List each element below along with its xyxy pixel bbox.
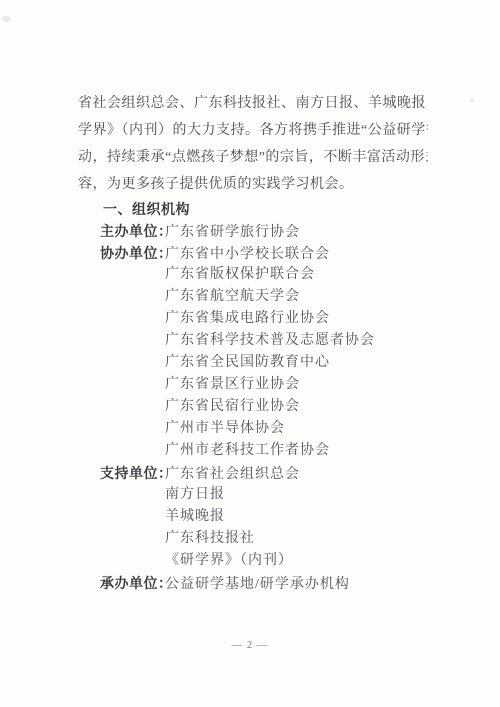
- org-row-value: 广东科技报社: [165, 531, 255, 546]
- org-row-value: 广东省科学技术普及志愿者协会: [165, 333, 375, 348]
- org-row-value: 《研学界》（内刊）: [165, 553, 293, 568]
- org-row: 广东省版权保护联合会: [78, 264, 428, 286]
- paragraph-line: 省社会组织总会、广东科技报社、南方日报、羊城晚报以及《研: [78, 90, 428, 117]
- org-row: 广东科技报社: [78, 528, 428, 550]
- org-row-value: 广州市半导体协会: [165, 421, 285, 436]
- page-footer: — 2 —: [0, 635, 500, 653]
- org-row-value: 南方日报: [165, 487, 225, 502]
- section-heading: 一、组织机构: [78, 198, 428, 220]
- org-row: 广东省航空航天学会: [78, 286, 428, 308]
- paragraph-line: 动，持续秉承“点燃孩子梦想”的宗旨，不断丰富活动形式与内: [78, 144, 428, 171]
- org-row-value: 广东省中小学校长联合会: [165, 247, 330, 262]
- org-row-label: 协办单位：: [100, 242, 165, 264]
- org-row: 南方日报: [78, 484, 428, 506]
- org-row-value: 羊城晚报: [165, 509, 225, 524]
- org-row: 承办单位：公益研学基地/研学承办机构: [78, 572, 428, 594]
- org-row: 广东省集成电路行业协会: [78, 308, 428, 330]
- org-row: 《研学界》（内刊）: [78, 550, 428, 572]
- org-row: 主办单位：广东省研学旅行协会: [78, 220, 428, 242]
- org-row-value: 公益研学基地/研学承办机构: [165, 577, 350, 592]
- organization-list: 主办单位：广东省研学旅行协会 协办单位：广东省中小学校长联合会 广东省版权保护联…: [78, 220, 428, 594]
- org-row-value: 广东省集成电路行业协会: [165, 311, 330, 326]
- org-row: 广东省科学技术普及志愿者协会: [78, 330, 428, 352]
- org-row-value: 广东省民宿行业协会: [165, 399, 300, 414]
- org-row-value: 广东省景区行业协会: [165, 377, 300, 392]
- org-row: 广州市半导体协会: [78, 418, 428, 440]
- org-row: 协办单位：广东省中小学校长联合会: [78, 242, 428, 264]
- org-row: 广东省景区行业协会: [78, 374, 428, 396]
- scan-artifact: [2, 16, 11, 22]
- org-row-label: 支持单位：: [100, 462, 165, 484]
- paragraph: 省社会组织总会、广东科技报社、南方日报、羊城晚报以及《研 学界》（内刊）的大力支…: [78, 90, 428, 198]
- org-row: 支持单位：广东省社会组织总会: [78, 462, 428, 484]
- org-row-value: 广东省航空航天学会: [165, 289, 300, 304]
- org-row: 羊城晚报: [78, 506, 428, 528]
- org-row-value: 广东省全民国防教育中心: [165, 355, 330, 370]
- scanned-document-page: 省社会组织总会、广东科技报社、南方日报、羊城晚报以及《研 学界》（内刊）的大力支…: [0, 0, 500, 707]
- org-row-value: 广东省社会组织总会: [165, 467, 300, 482]
- paragraph-line: 容，为更多孩子提供优质的实践学习机会。: [78, 171, 428, 198]
- org-row-label: 主办单位：: [100, 220, 165, 242]
- org-row: 广东省全民国防教育中心: [78, 352, 428, 374]
- page-number: — 2 —: [232, 640, 269, 651]
- org-row-value: 广东省版权保护联合会: [165, 267, 315, 282]
- paragraph-line: 学界》（内刊）的大力支持。各方将携手推进“公益研学行”活: [78, 117, 428, 144]
- scan-artifact: [470, 99, 474, 102]
- org-row-value: 广东省研学旅行协会: [165, 225, 300, 240]
- org-row-value: 广州市老科技工作者协会: [165, 443, 330, 458]
- org-row: 广东省民宿行业协会: [78, 396, 428, 418]
- org-row: 广州市老科技工作者协会: [78, 440, 428, 462]
- org-row-label: 承办单位：: [100, 572, 165, 594]
- document-body: 省社会组织总会、广东科技报社、南方日报、羊城晚报以及《研 学界》（内刊）的大力支…: [78, 90, 428, 594]
